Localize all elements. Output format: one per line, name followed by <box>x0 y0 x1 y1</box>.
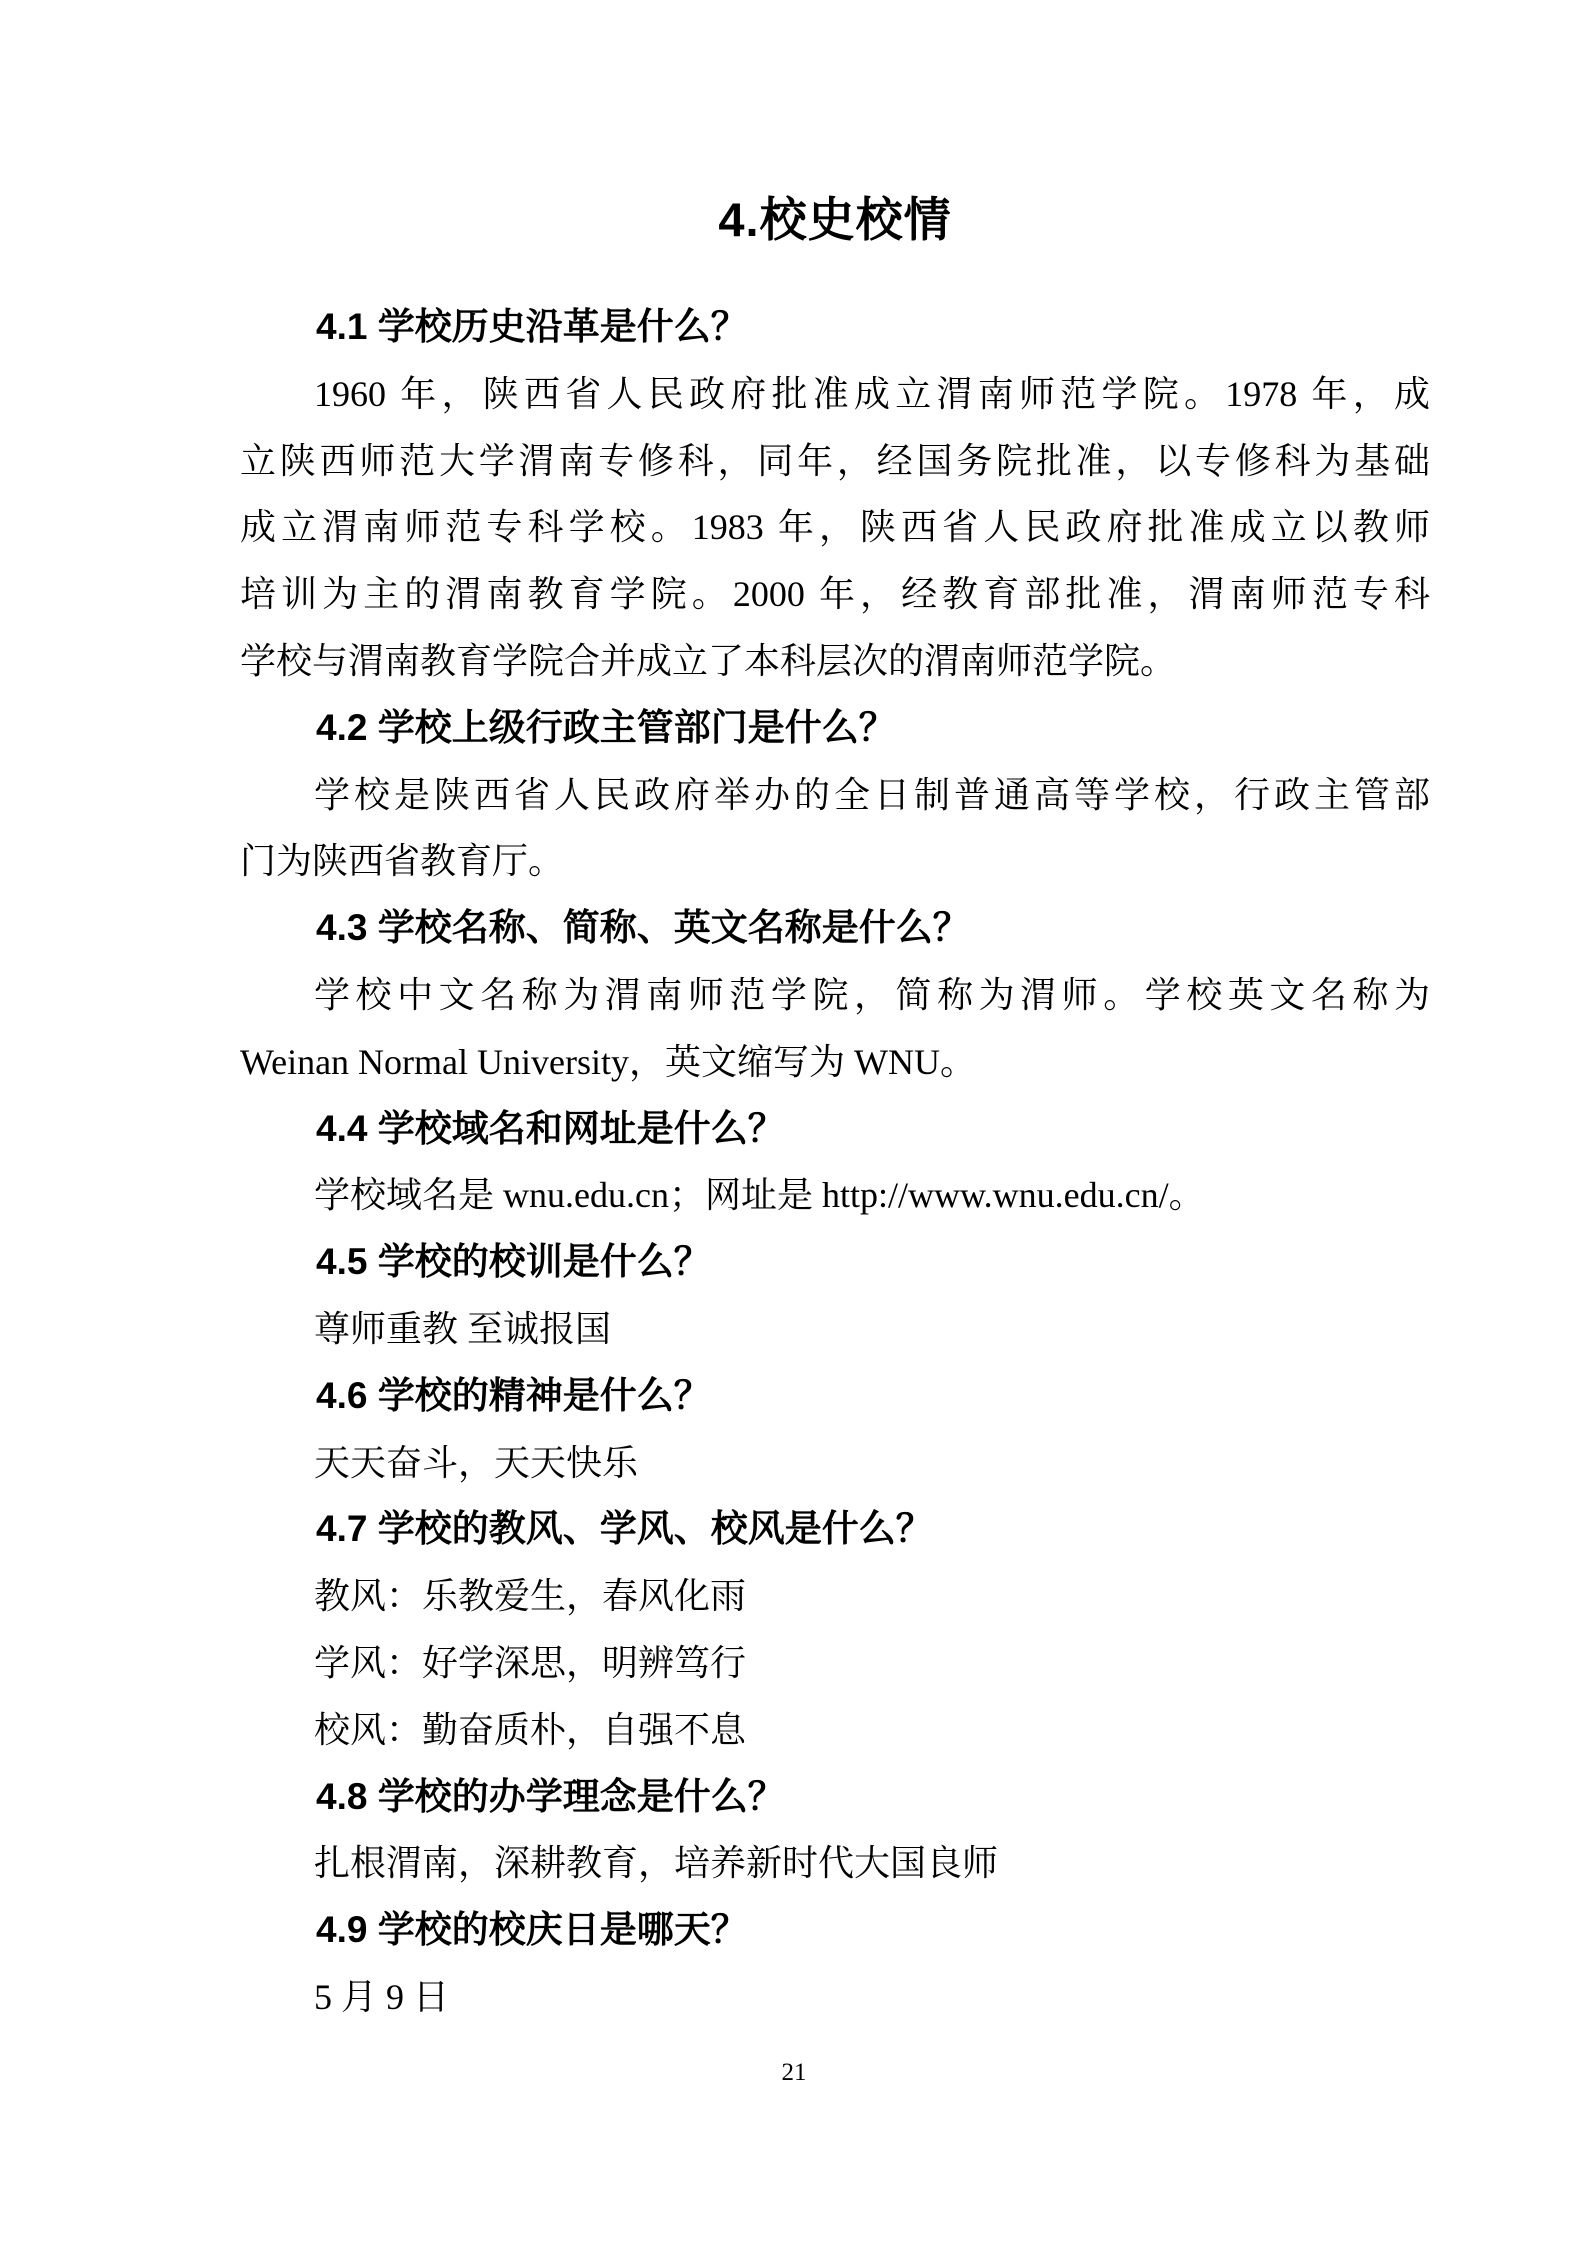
paragraph-line: 学校是陕西省人民政府举办的全日制普通高等学校，行政主管部 <box>240 762 1430 829</box>
page-number: 21 <box>0 2058 1588 2088</box>
section-heading-4-2: 4.2 学校上级行政主管部门是什么？ <box>240 695 1430 762</box>
section-heading-4-9: 4.9 学校的校庆日是哪天？ <box>240 1897 1430 1964</box>
section-heading-4-7: 4.7 学校的教风、学风、校风是什么？ <box>240 1496 1430 1563</box>
section-heading-4-1: 4.1 学校历史沿革是什么？ <box>240 294 1430 361</box>
document-content: 4.校史校情 4.1 学校历史沿革是什么？ 1960 年，陕西省人民政府批准成立… <box>240 196 1430 2031</box>
section-heading-4-8: 4.8 学校的办学理念是什么？ <box>240 1764 1430 1831</box>
section-heading-4-3: 4.3 学校名称、简称、英文名称是什么？ <box>240 895 1430 962</box>
document-page: 4.校史校情 4.1 学校历史沿革是什么？ 1960 年，陕西省人民政府批准成立… <box>0 0 1588 2245</box>
paragraph-line: 尊师重教 至诚报国 <box>240 1296 1430 1363</box>
paragraph-line: 天天奋斗，天天快乐 <box>240 1430 1430 1497</box>
paragraph-line: Weinan Normal University，英文缩写为 WNU。 <box>240 1029 1430 1096</box>
section-heading-4-4: 4.4 学校域名和网址是什么？ <box>240 1096 1430 1163</box>
paragraph-line: 学校域名是 wnu.edu.cn；网址是 http://www.wnu.edu.… <box>240 1162 1430 1229</box>
paragraph-line: 扎根渭南，深耕教育，培养新时代大国良师 <box>240 1830 1430 1897</box>
paragraph-line: 教风：乐教爱生，春风化雨 <box>240 1563 1430 1630</box>
paragraph-line: 成立渭南师范专科学校。1983 年，陕西省人民政府批准成立以教师 <box>240 494 1430 561</box>
paragraph-line: 1960 年，陕西省人民政府批准成立渭南师范学院。1978 年，成 <box>240 361 1430 428</box>
paragraph-line: 门为陕西省教育厅。 <box>240 828 1430 895</box>
paragraph-line: 立陕西师范大学渭南专修科，同年，经国务院批准，以专修科为基础 <box>240 428 1430 495</box>
paragraph-line: 学校中文名称为渭南师范学院，简称为渭师。学校英文名称为 <box>240 962 1430 1029</box>
paragraph-line: 校风：勤奋质朴，自强不息 <box>240 1697 1430 1764</box>
paragraph-line: 5 月 9 日 <box>240 1964 1430 2031</box>
document-title: 4.校史校情 <box>240 196 1430 243</box>
section-heading-4-6: 4.6 学校的精神是什么？ <box>240 1363 1430 1430</box>
paragraph-line: 学风：好学深思，明辨笃行 <box>240 1630 1430 1697</box>
paragraph-line: 培训为主的渭南教育学院。2000 年，经教育部批准，渭南师范专科 <box>240 561 1430 628</box>
section-heading-4-5: 4.5 学校的校训是什么？ <box>240 1229 1430 1296</box>
paragraph-line: 学校与渭南教育学院合并成立了本科层次的渭南师范学院。 <box>240 628 1430 695</box>
